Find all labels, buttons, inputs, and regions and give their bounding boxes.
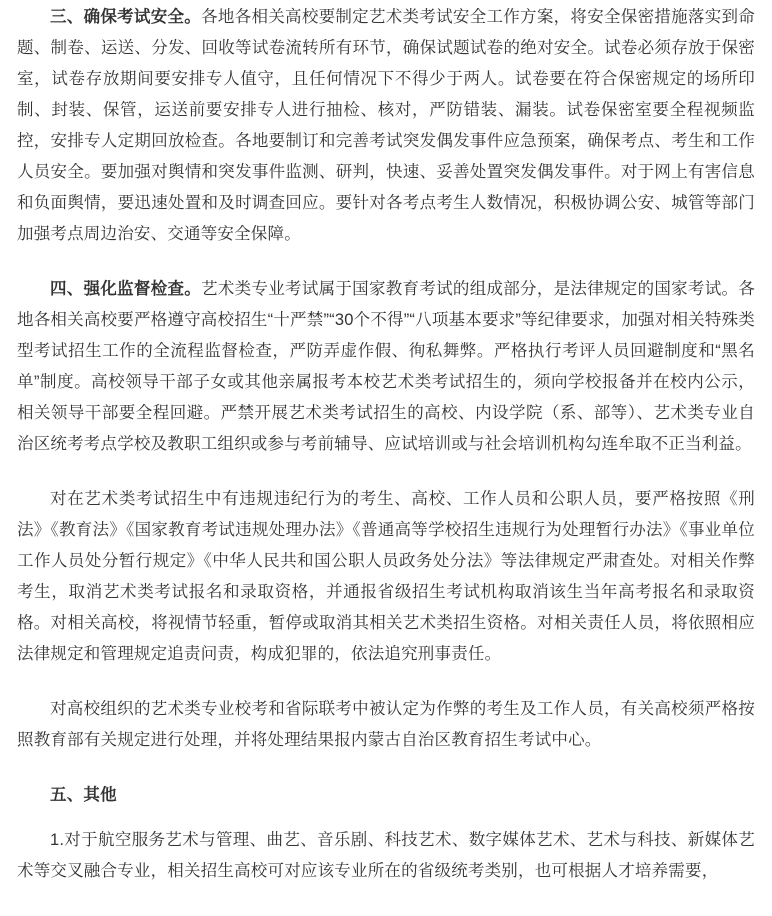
paragraph-exam-safety: 三、确保考试安全。各地各相关高校要制定艺术类考试安全工作方案，将安全保密措施落实…: [17, 2, 755, 250]
paragraph-violation-penalties: 对在艺术类考试招生中有违规违纪行为的考生、高校、工作人员和公职人员，要严格按照《…: [17, 484, 755, 670]
section-3-body: 各地各相关高校要制定艺术类考试安全工作方案，将安全保密措施落实到命题、制卷、运送…: [17, 8, 755, 243]
section-3-heading: 三、确保考试安全。: [50, 8, 201, 26]
paragraph-cheating-handling: 对高校组织的艺术类专业校考和省际联考中被认定为作弊的考生及工作人员，有关高校须严…: [17, 694, 755, 756]
section-5-heading-block: 五、其他: [17, 780, 755, 811]
paragraph-supervision: 四、强化监督检查。艺术类专业考试属于国家教育考试的组成部分，是法律规定的国家考试…: [17, 274, 755, 460]
document-article: 三、确保考试安全。各地各相关高校要制定艺术类考试安全工作方案，将安全保密措施落实…: [0, 0, 772, 887]
section-4-body: 艺术类专业考试属于国家教育考试的组成部分，是法律规定的国家考试。各地各相关高校要…: [17, 280, 755, 453]
paragraph-cross-disciplinary-majors: 1.对于航空服务艺术与管理、曲艺、音乐剧、科技艺术、数字媒体艺术、艺术与科技、新…: [17, 825, 755, 887]
section-5-heading: 五、其他: [50, 786, 117, 804]
cheating-handling-body: 对高校组织的艺术类专业校考和省际联考中被认定为作弊的考生及工作人员，有关高校须严…: [17, 700, 755, 749]
section-4-heading: 四、强化监督检查。: [50, 280, 201, 298]
violation-penalties-body: 对在艺术类考试招生中有违规违纪行为的考生、高校、工作人员和公职人员，要严格按照《…: [17, 490, 755, 663]
cross-disciplinary-majors-body: 1.对于航空服务艺术与管理、曲艺、音乐剧、科技艺术、数字媒体艺术、艺术与科技、新…: [17, 831, 755, 880]
